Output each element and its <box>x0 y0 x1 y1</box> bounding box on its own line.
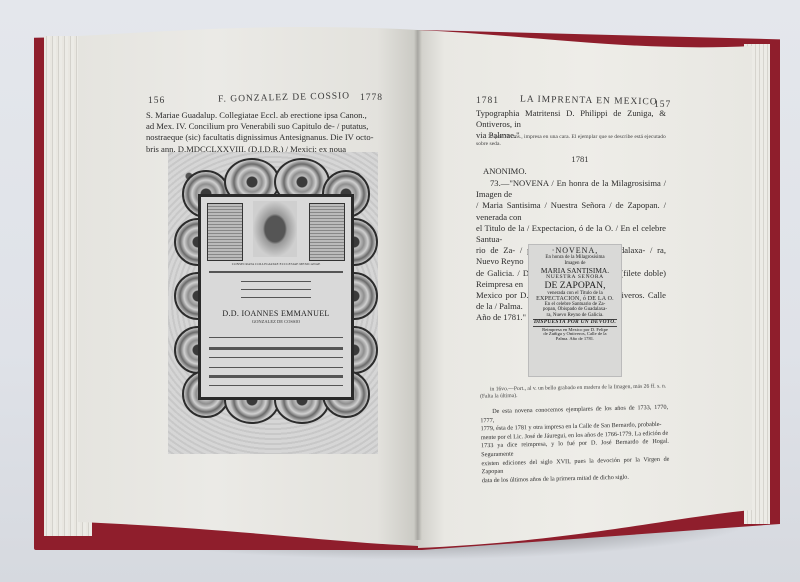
text-line: S. Mariae Guadalup. Collegiatae Eccl. ab… <box>146 110 386 121</box>
section-year: 1781 <box>560 154 600 164</box>
commentary-text: De esta novena conocemos ejemplares de l… <box>480 404 670 486</box>
text-line: 73.—"NOVENA / En honra de la Milagrosisi… <box>476 178 666 200</box>
coat-of-arms <box>253 201 297 257</box>
saint-figure-left <box>207 203 243 261</box>
left-year: 1778 <box>360 93 383 103</box>
text-line: / Maria Santisima / Nuestra Señora / de … <box>476 200 666 222</box>
broadside-name: D.D. IOANNES EMMANUEL <box>201 309 351 318</box>
format-note: 32 por 72 cms., impresa en una cara. El … <box>476 134 666 148</box>
novena-title-page-facsimile: ·NOVENA, En honra de la Milagrosisima Im… <box>528 244 622 377</box>
text-line: Typographia Matritensi D. Philippi de Zu… <box>476 108 666 130</box>
entry-author: ANONIMO. <box>483 166 527 177</box>
text-line: 32 por 72 cms., impresa en una cara. El … <box>476 134 666 141</box>
broadside-caption: CONSECRATA COLLEGIATAE ECCLESIAE MEXICAN… <box>201 262 351 266</box>
text-line: nostraeque (sic) facultatis dignissimus … <box>146 132 386 143</box>
book-gutter <box>414 30 422 540</box>
broadside-frame: CONSECRATA COLLEGIATAE ECCLESIAE MEXICAN… <box>198 194 354 400</box>
broadside-subname: GONZALEZ DE COSSIO <box>201 319 351 324</box>
saint-figure-right <box>309 203 345 261</box>
left-page-number: 156 <box>148 96 165 106</box>
text-line: el Titulo de la / Expectacion, ó de la O… <box>476 223 666 245</box>
left-text-block: S. Mariae Guadalup. Collegiatae Eccl. ab… <box>146 110 386 155</box>
text-line: sobre seda. <box>476 141 666 148</box>
broadside-plate-image: CONSECRATA COLLEGIATAE ECCLESIAE MEXICAN… <box>168 152 378 454</box>
right-year: 1781 <box>476 96 499 106</box>
text-line: ad Mex. IV. Concilium pro Venerabili suo… <box>146 121 386 132</box>
